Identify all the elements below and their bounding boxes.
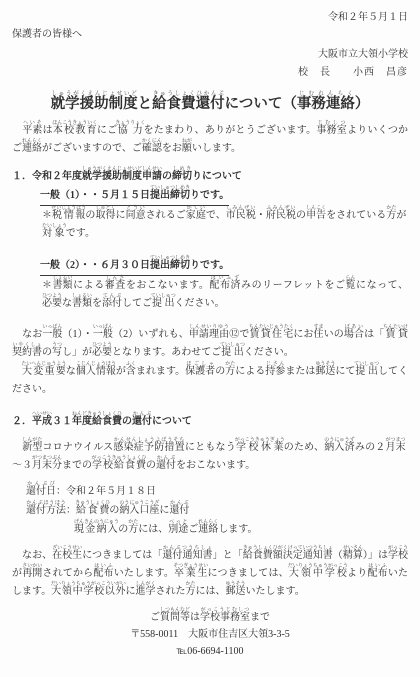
para-notice-distribution: なお、在校生ざいこうせいにつきましては「還付通知書かんぷつうちしょ」と「給食費額…: [12, 546, 408, 601]
deadline-general1-row: 一般（1）・・５月１５日提出締切ていしゅつしめきりです。: [40, 186, 408, 206]
section-lunch-fee-refund: ２．平成へいせい３１年度給食費ねんどきゅうしょくひの還付かんぷについて 新型しん…: [12, 412, 408, 601]
para-covid-closure: 新型しんがたコロナウイルス感染症予防措置かんせんしょうよぼうそちにともなう学校休…: [12, 438, 408, 475]
document-date: 令和２年５月１日: [12, 10, 408, 25]
refund-date-line: 還付日かんぷび：令和２年５月１８日: [26, 482, 408, 501]
note-tax-info: ＊税情報ぜいじょうほうの取得しゅとくに同意どういされるご家庭かていで、市民税しみ…: [42, 206, 408, 243]
section2-heading: ２．平成へいせい３１年度給食費ねんどきゅうしょくひの還付かんぷについて: [12, 412, 408, 431]
salutation: 保護者の皆様へ: [12, 27, 408, 42]
document-page: 令和２年５月１日 保護者の皆様へ 大阪市立大領小学校 校 長 小西 昌彦 就学援…: [0, 0, 420, 677]
principal-name: 校 長 小西 昌彦: [12, 65, 408, 80]
footer-tel: ℡06-6694-1100: [12, 643, 408, 660]
section-school-aid: １．令和２年度就学援助制度申請しゅうがくえんじょせいどしんせいの締切しめきりにつ…: [12, 167, 408, 399]
cash-payment-note: 現金納入げんきんのうにゅうの方かたには、別途べっとご連絡れんらくします。: [74, 520, 408, 539]
para-personal-info: 大変重要たいへんじゅうような個人情報こじんじょうほうが含ふくまれます。保護者ほご…: [12, 362, 408, 399]
footer: ご質問等しつもんなどは学校事務室がっこうじむしつまで 〒558-0011 大阪市…: [12, 608, 408, 660]
note-document-review: ＊書類しょるいによる審査しんさをおこないます。配布済はいふずみのリーフレットをご…: [42, 276, 408, 313]
school-name: 大阪市立大領小学校: [12, 47, 408, 62]
document-title: 就学援助制度しゅうがくえんじょせいどと給食費還付きゅうしょくひかんぷについて（事…: [12, 91, 408, 114]
para-rental-contract: なお一般いっぱん（1）・一般いっぱん（2）いずれも、申請理由しんせいりゆう⑫で賃…: [12, 325, 408, 362]
footer-contact: ご質問等しつもんなどは学校事務室がっこうじむしつまで: [12, 608, 408, 626]
intro-paragraph: 平素へいそは本校教育ほんこうきょういくにご協力きょうりょくをたまわり、ありがとう…: [12, 121, 408, 158]
footer-address: 〒558-0011 大阪市住吉区大領3-3-5: [12, 626, 408, 643]
deadline-general2-row: 一般（2）・・６月３０日提出締切ていしゅつしめきりです。: [40, 256, 408, 276]
deadline-general1-text: 一般（1）・・５月１５日提出締切ていしゅつしめきりです。: [40, 186, 229, 206]
refund-method-line: 還付方法かんぷほうほう：給食費きゅうしょくひの納入口座のうにゅうこうざに還付かん…: [26, 501, 408, 520]
deadline-general2-text: 一般（2）・・６月３０日提出締切ていしゅつしめきりです。: [40, 256, 229, 276]
section1-heading: １．令和２年度就学援助制度申請しゅうがくえんじょせいどしんせいの締切しめきりにつ…: [12, 167, 408, 186]
